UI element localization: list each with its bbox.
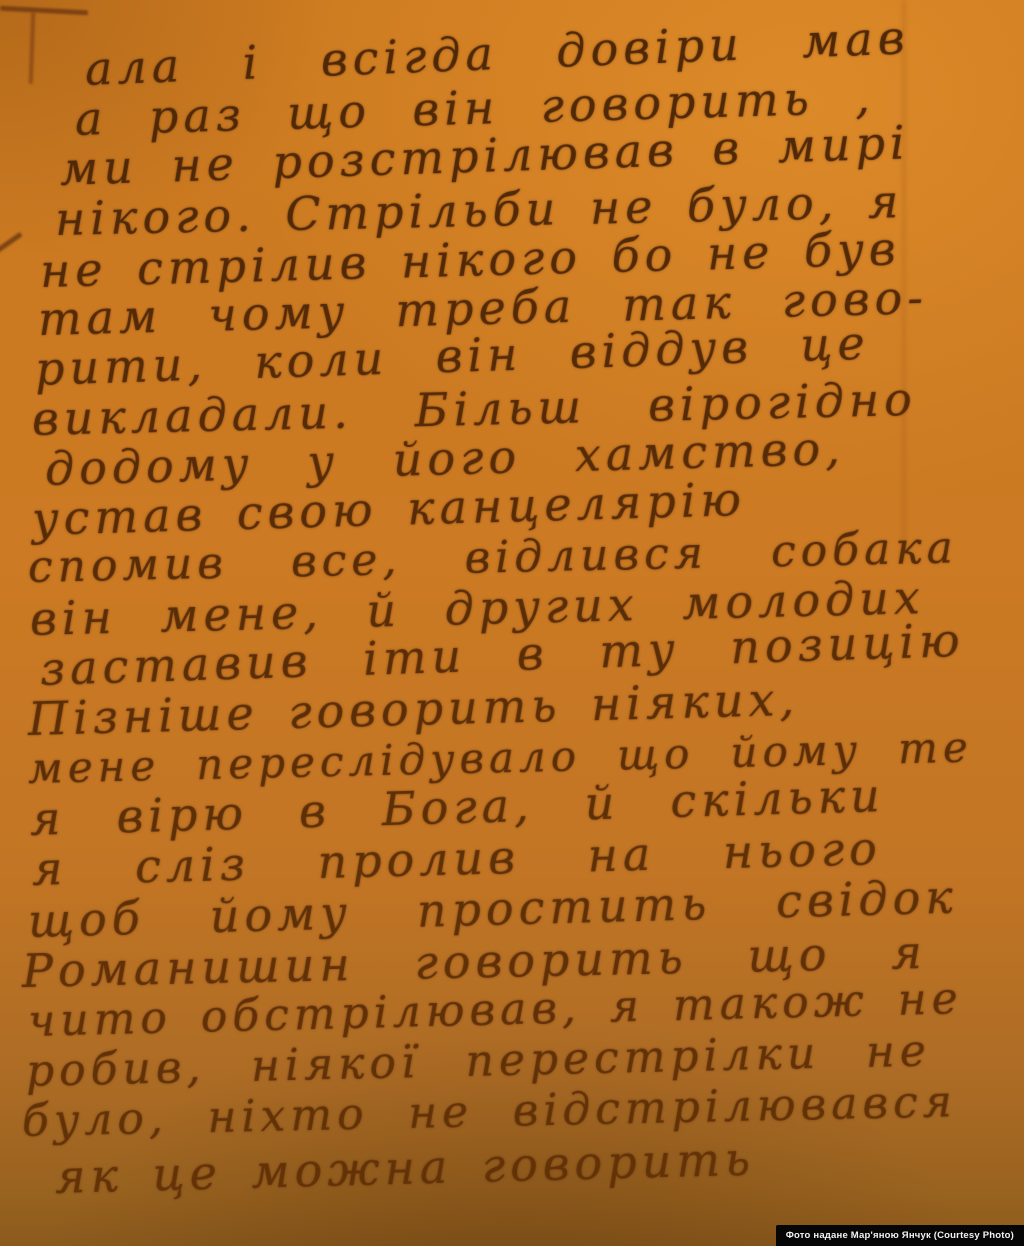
page-edge-mark-left [0,232,23,253]
page-edge-mark-top [0,6,88,16]
paper-crease-line [903,0,905,560]
page-margin-line [29,12,36,84]
photo-credit-caption: Фото надане Мар'яною Янчук (Courtesy Pho… [776,1225,1024,1246]
handwritten-line: як це можна говорить [54,1136,755,1200]
document-photo: ала і всігда довіри мава раз що він гово… [0,0,1024,1246]
